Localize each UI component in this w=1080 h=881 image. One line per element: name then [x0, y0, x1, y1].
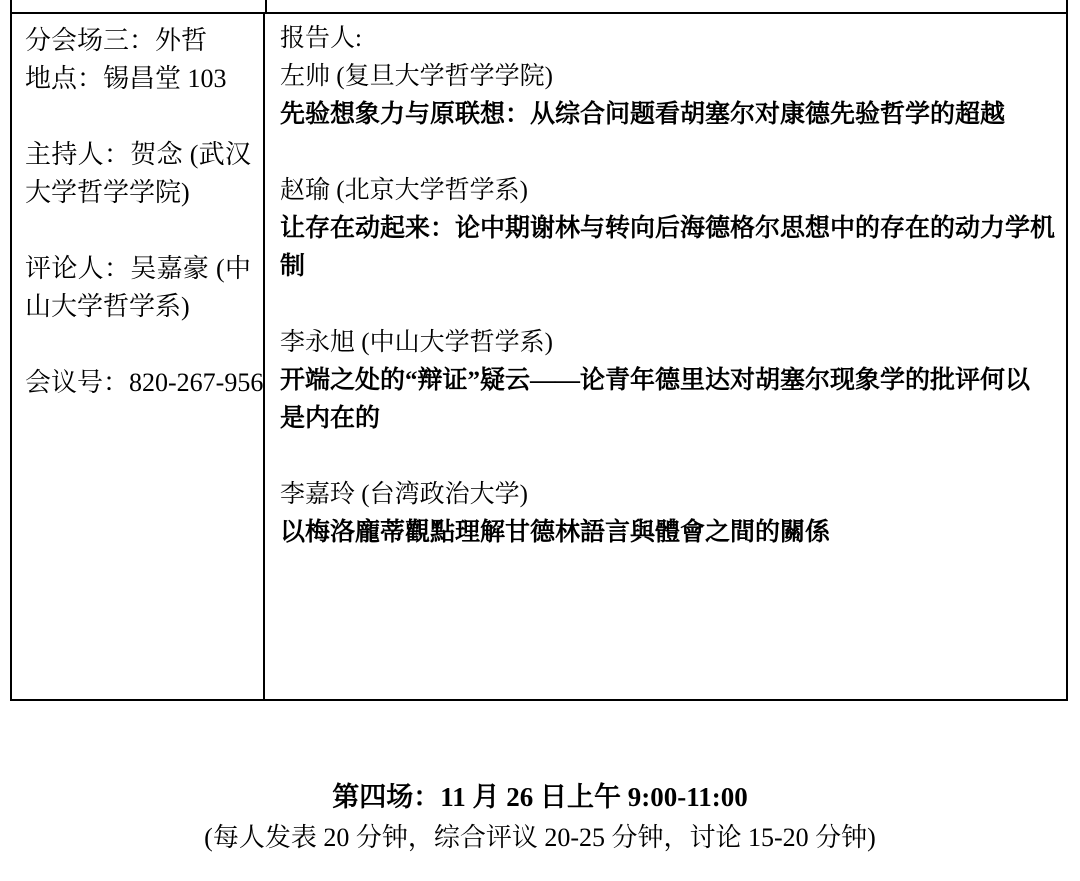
- paper-title-line: 以梅洛龐蒂觀點理解甘德林語言與體會之間的關係: [280, 514, 1058, 552]
- document-page: 分会场三：外哲 地点：锡昌堂 103 主持人：贺念 (武汉 大学哲学学院) 评论…: [0, 0, 1080, 881]
- meeting-id: 会议号：820-267-956: [25, 364, 251, 402]
- session4-heading: 第四场：11 月 26 日上午 9:00-11:00: [0, 778, 1080, 816]
- session-commentator-line-1: 评论人：吴嘉豪 (中: [25, 250, 251, 288]
- schedule-table: 分会场三：外哲 地点：锡昌堂 103 主持人：贺念 (武汉 大学哲学学院) 评论…: [10, 0, 1068, 701]
- paper-title-line: 先验想象力与原联想：从综合问题看胡塞尔对康德先验哲学的超越: [280, 96, 1058, 134]
- speaker-name: 赵瑜 (北京大学哲学系): [280, 172, 1058, 210]
- session-info-cell: 分会场三：外哲 地点：锡昌堂 103 主持人：贺念 (武汉 大学哲学学院) 评论…: [12, 14, 265, 699]
- speaker-name: 左帅 (复旦大学哲学学院): [280, 58, 1058, 96]
- session-row: 分会场三：外哲 地点：锡昌堂 103 主持人：贺念 (武汉 大学哲学学院) 评论…: [10, 12, 1068, 701]
- paper-title-line: 让存在动起来：论中期谢林与转向后海德格尔思想中的存在的动力学机: [280, 210, 1058, 248]
- session-commentator-line-2: 山大学哲学系): [25, 288, 251, 326]
- presenters-cell: 报告人: 左帅 (复旦大学哲学学院) 先验想象力与原联想：从综合问题看胡塞尔对康…: [265, 14, 1066, 699]
- table-column-divider: [265, 0, 267, 12]
- session-host-line-2: 大学哲学学院): [25, 174, 251, 212]
- session-name: 分会场三：外哲: [25, 22, 251, 60]
- blank-line: [280, 286, 1058, 324]
- paper-title-line: 开端之处的“辩证”疑云——论青年德里达对胡塞尔现象学的批评何以: [280, 362, 1058, 400]
- speaker-name: 李永旭 (中山大学哲学系): [280, 324, 1058, 362]
- blank-line: [25, 98, 251, 136]
- blank-line: [280, 134, 1058, 172]
- speaker-name: 李嘉玲 (台湾政治大学): [280, 476, 1058, 514]
- presenters-label: 报告人:: [280, 20, 1058, 58]
- session-host-line-1: 主持人：贺念 (武汉: [25, 136, 251, 174]
- paper-title-line: 制: [280, 248, 1058, 286]
- blank-line: [280, 438, 1058, 476]
- blank-line: [25, 326, 251, 364]
- session4-note: (每人发表 20 分钟，综合评议 20-25 分钟，讨论 15-20 分钟): [0, 819, 1080, 857]
- table-cutoff-row: [10, 0, 1068, 12]
- blank-line: [25, 212, 251, 250]
- paper-title-line: 是内在的: [280, 400, 1058, 438]
- session-location: 地点：锡昌堂 103: [25, 60, 251, 98]
